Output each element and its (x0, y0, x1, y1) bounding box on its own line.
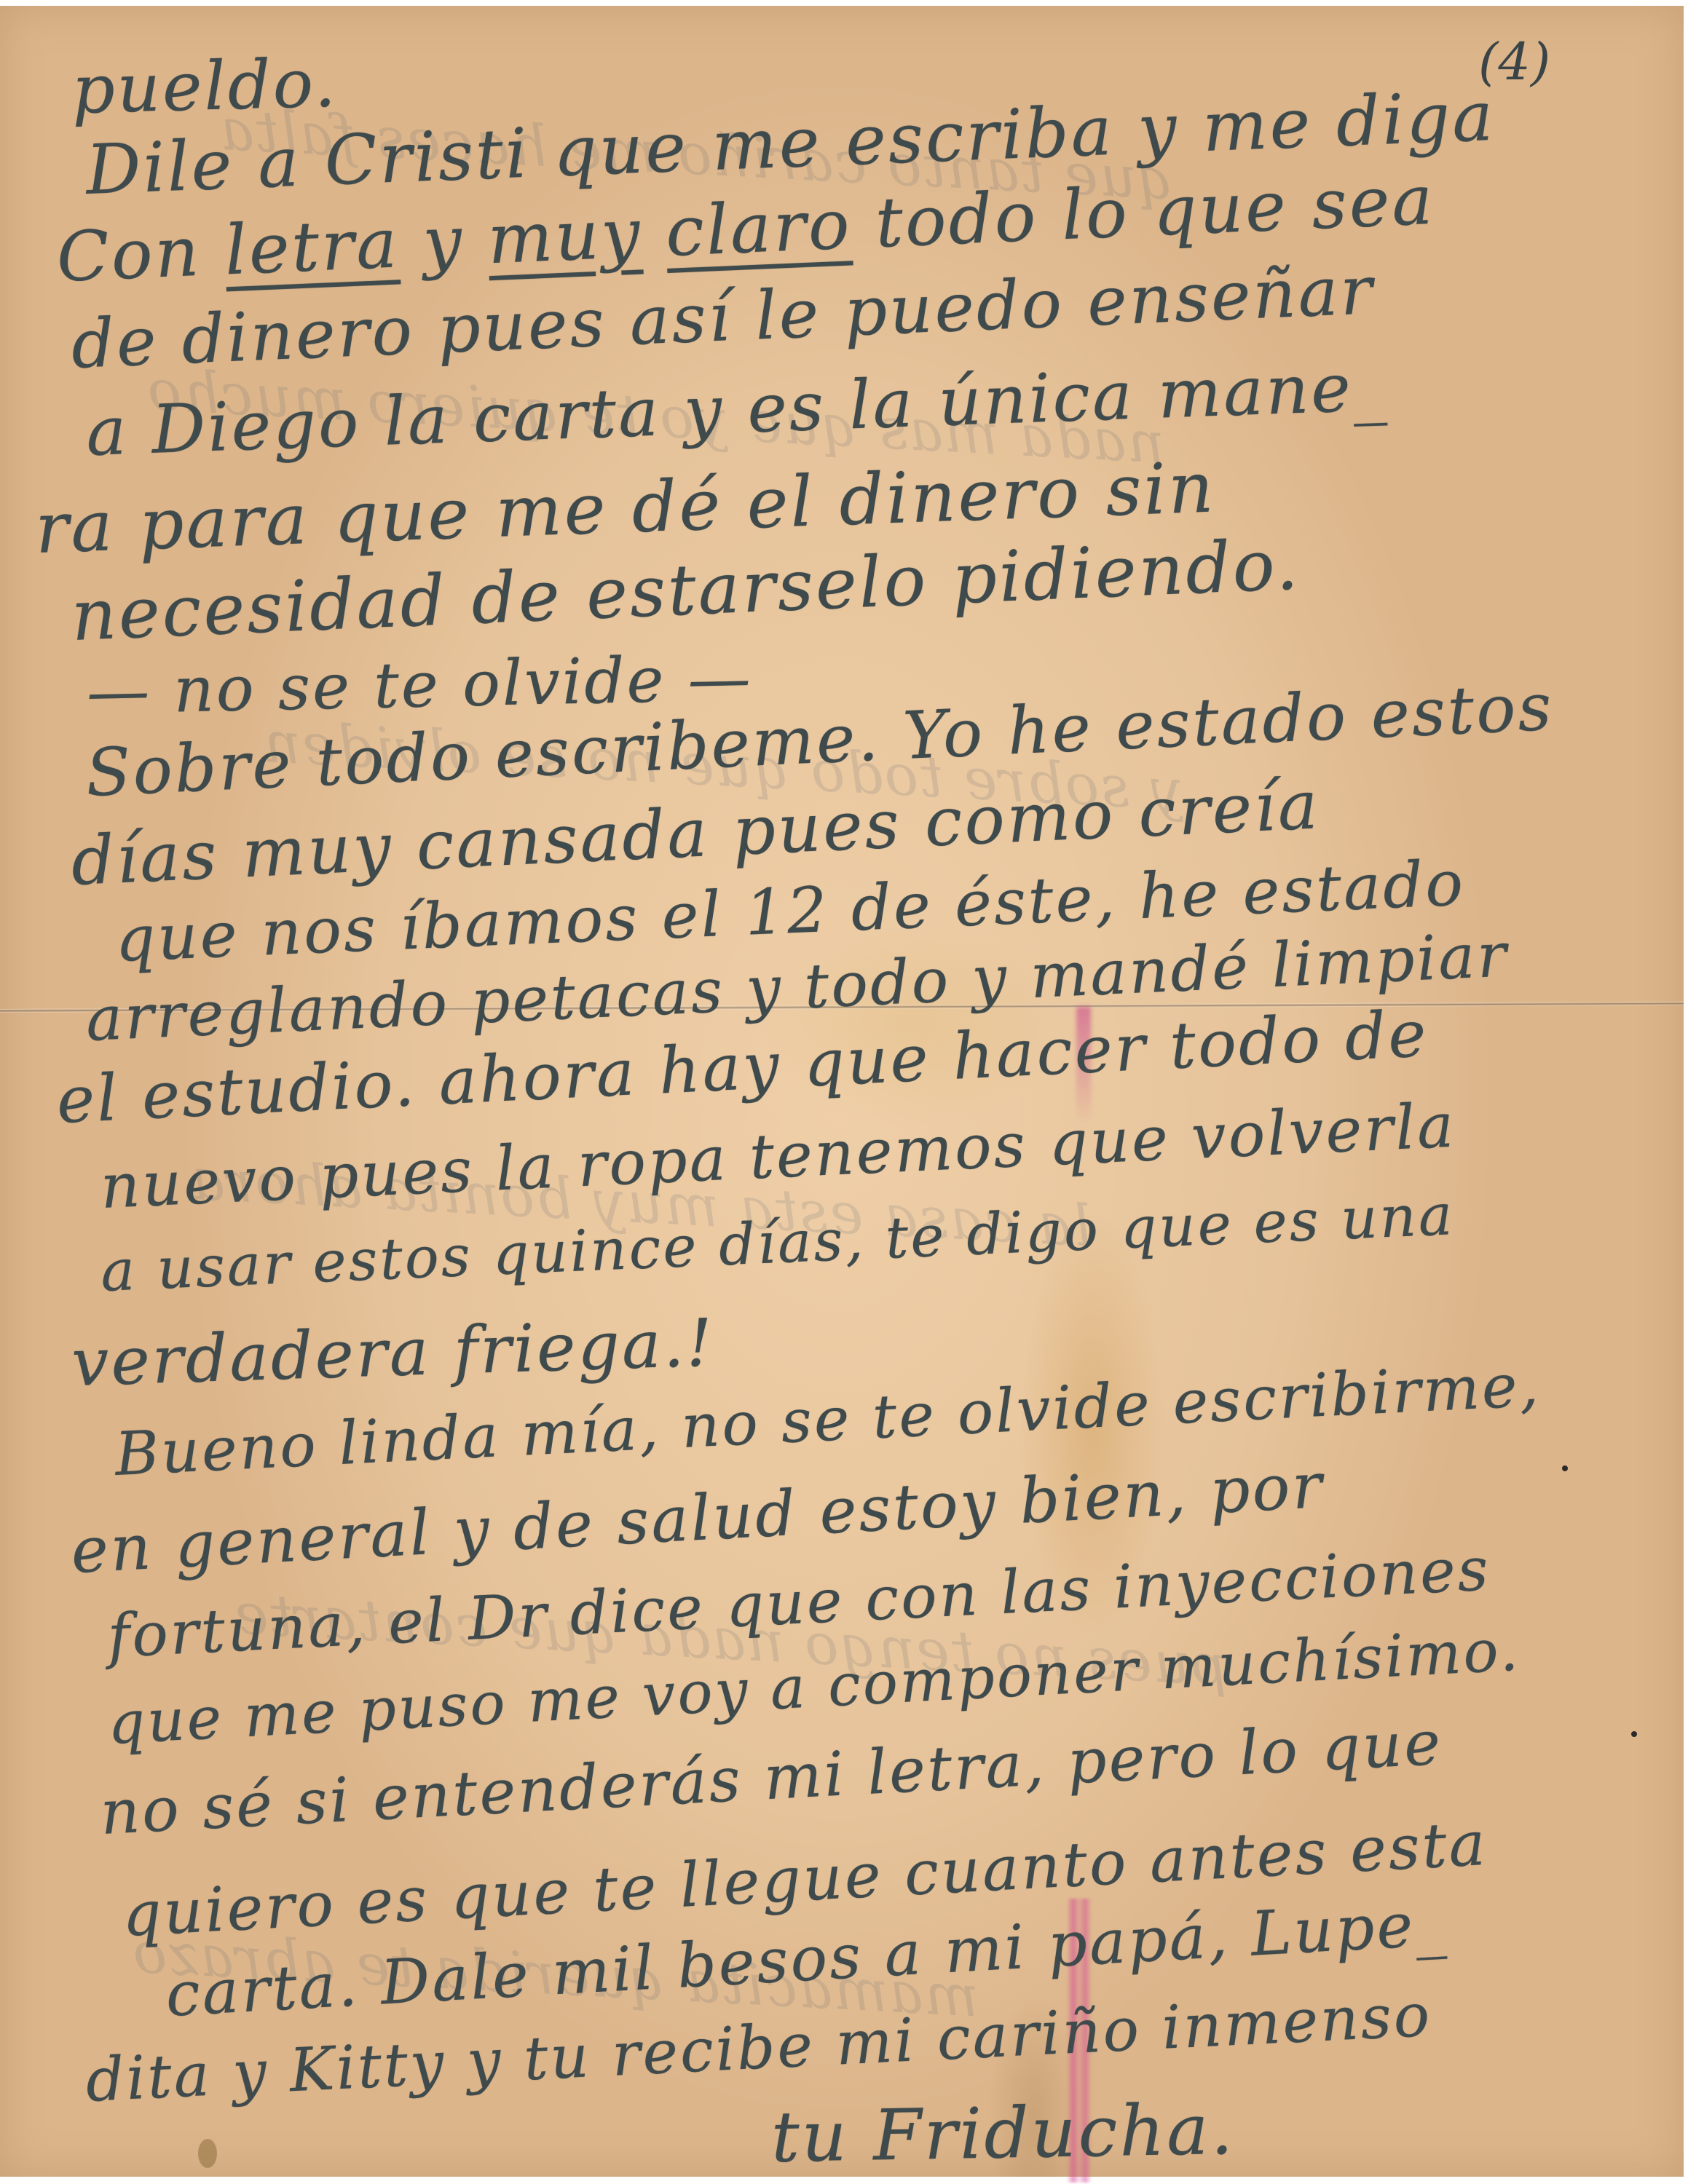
letter-line: pueldo. (71, 50, 339, 124)
line-text: Con (55, 211, 226, 298)
line-text (640, 193, 667, 273)
letter-page: que tanto cariño me haces falta nada mas… (0, 6, 1684, 2177)
signature: tu Friducha. (770, 2094, 1235, 2172)
letter-line: verdadera friega.! (71, 1310, 715, 1396)
paper-stain (198, 2139, 217, 2168)
underlined-word: muy (486, 194, 643, 280)
line-text: y (398, 200, 489, 283)
underlined-word: letra (223, 204, 401, 290)
ink-speck (1631, 1731, 1637, 1737)
ink-speck (1562, 1465, 1568, 1471)
underlined-word: claro (664, 185, 853, 272)
